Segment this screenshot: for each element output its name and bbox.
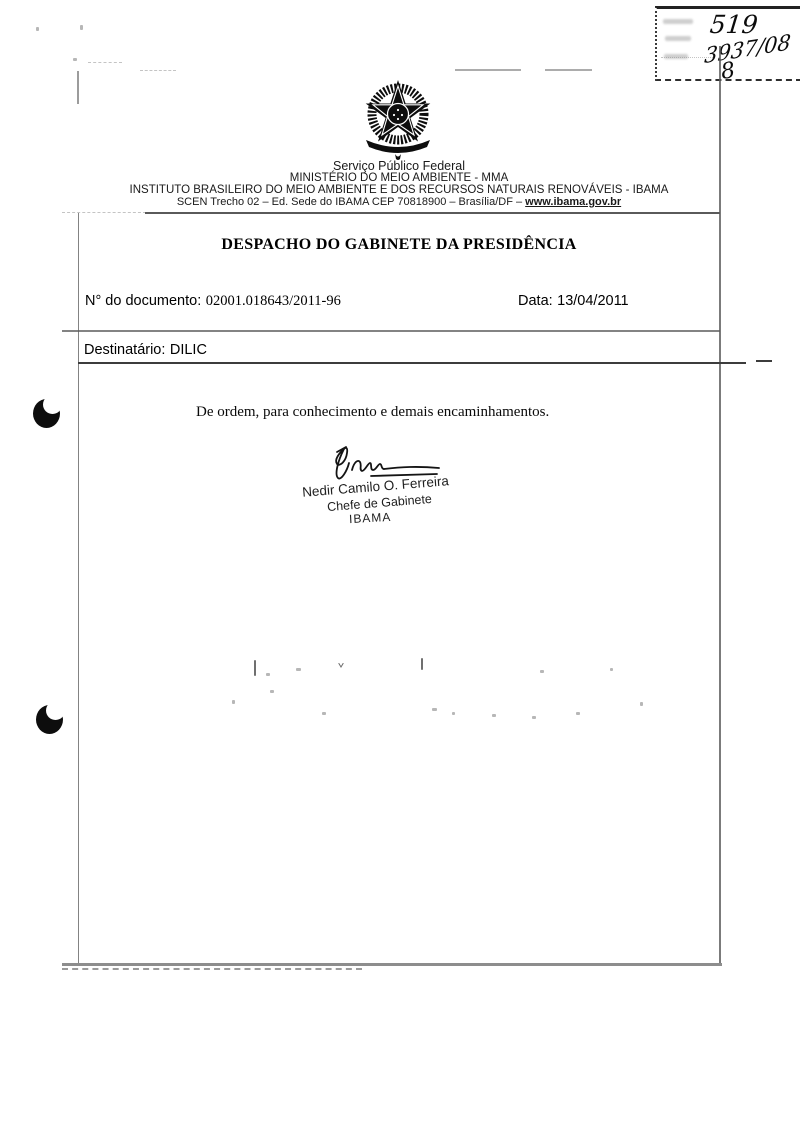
frame-border-right xyxy=(719,46,721,966)
handwritten-number-top: 519 xyxy=(708,10,759,39)
letterhead-address-text: SCEN Trecho 02 – Ed. Sede do IBAMA CEP 7… xyxy=(177,196,525,208)
scan-artifact xyxy=(88,62,122,63)
scan-artifact xyxy=(80,25,83,30)
signer-organization: IBAMA xyxy=(349,510,392,526)
document-title: DESPACHO DO GABINETE DA PRESIDÊNCIA xyxy=(78,236,720,254)
scan-artifact xyxy=(452,712,455,715)
frame-border-left xyxy=(78,213,79,966)
recipient-row-bottom-rule xyxy=(78,362,746,364)
scan-artifact xyxy=(540,670,544,673)
recipient-value: DILIC xyxy=(170,342,207,358)
scan-artifact xyxy=(36,27,39,31)
scan-artifact xyxy=(322,712,326,715)
body-text: De ordem, para conhecimento e demais enc… xyxy=(196,404,549,421)
recipient-field: Destinatário: DILIC xyxy=(84,341,207,359)
scan-artifact xyxy=(73,58,77,61)
stamp-faint-print xyxy=(665,36,691,41)
rule-overrun-dash xyxy=(756,360,772,362)
letterhead-website-link: www.ibama.gov.br xyxy=(525,196,621,208)
scanned-document-page: 519 3937/08 8 Serviço Público Federal MI… xyxy=(0,0,800,1124)
stamp-faint-print xyxy=(663,19,693,24)
scan-artifact xyxy=(610,668,613,671)
letterhead-line3: INSTITUTO BRASILEIRO DO MEIO AMBIENTE E … xyxy=(78,184,720,196)
scan-artifact xyxy=(492,714,496,717)
scan-artifact xyxy=(455,69,521,71)
scan-artifact xyxy=(232,700,235,704)
scan-artifact xyxy=(254,660,256,676)
doc-number-label: N° do documento: xyxy=(85,293,201,309)
scan-artifact xyxy=(432,708,437,711)
scan-artifact xyxy=(270,690,274,693)
scan-artifact xyxy=(640,702,643,706)
scan-artifact xyxy=(576,712,580,715)
punch-hole-top-icon xyxy=(33,399,60,428)
date-value: 13/04/2011 xyxy=(557,293,629,309)
brazil-coat-of-arms-icon xyxy=(359,80,437,160)
scan-artifact xyxy=(338,663,344,668)
letterhead-line1: Serviço Público Federal xyxy=(78,159,720,173)
doc-number-value: 02001.018643/2011-96 xyxy=(206,293,341,309)
date-field: Data: 13/04/2011 xyxy=(518,292,629,310)
registry-stamp-box: 519 3937/08 8 xyxy=(655,6,800,81)
letterhead-address: SCEN Trecho 02 – Ed. Sede do IBAMA CEP 7… xyxy=(78,196,720,208)
scan-artifact xyxy=(140,70,176,71)
scan-artifact xyxy=(266,673,270,676)
date-label: Data: xyxy=(518,293,553,309)
recipient-label: Destinatário: xyxy=(84,342,165,358)
scan-artifact xyxy=(532,716,536,719)
frame-border-bottom xyxy=(62,963,722,966)
recipient-row-top-rule xyxy=(62,330,720,332)
header-rule xyxy=(145,212,720,214)
scan-artifact xyxy=(421,658,423,670)
scan-artifact xyxy=(545,69,592,71)
letterhead-line2: MINISTÉRIO DO MEIO AMBIENTE - MMA xyxy=(78,172,720,184)
doc-number-field: N° do documento: 02001.018643/2011-96 xyxy=(85,292,341,310)
bottom-rule-echo xyxy=(62,968,362,970)
punch-hole-bottom-icon xyxy=(36,705,63,734)
scan-artifact xyxy=(296,668,301,671)
scan-artifact xyxy=(77,71,79,104)
header-rule-left-faded xyxy=(62,212,146,213)
